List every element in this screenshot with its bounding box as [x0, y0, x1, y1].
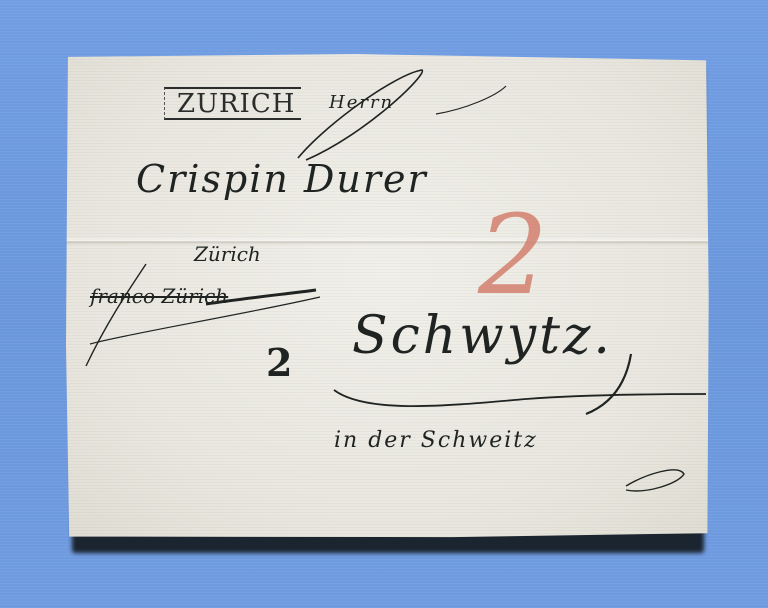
- folded-letter: ZURICH Herrn Crispin Durer 2 Zürich fran…: [66, 54, 710, 540]
- handwriting-flourishes: [66, 54, 710, 540]
